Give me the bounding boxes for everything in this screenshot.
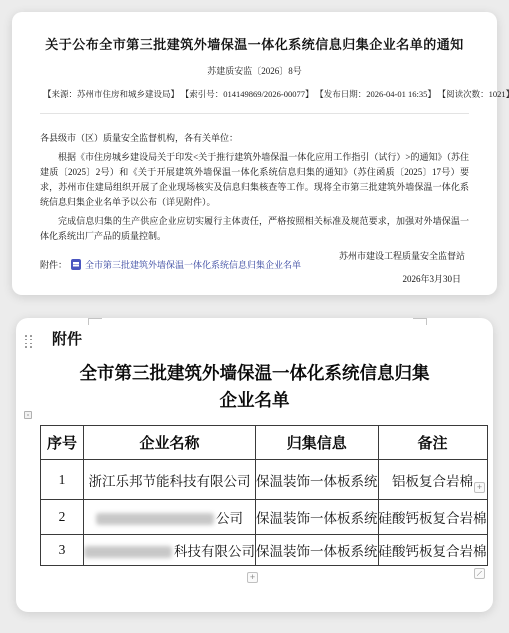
attachment-title-line1: 全市第三批建筑外墙保温一体化系统信息归集: [80, 363, 430, 383]
cell-no: 3: [41, 535, 84, 566]
cell-note: 硅酸钙板复合岩棉: [378, 500, 487, 535]
cell-info: 保温装饰一体板系统: [256, 535, 379, 566]
notice-title: 关于公布全市第三批建筑外墙保温一体化系统信息归集企业名单的通知: [40, 34, 469, 53]
cell-no: 2: [41, 500, 84, 535]
add-column-button[interactable]: +: [474, 482, 485, 493]
attachment-link[interactable]: 全市第三批建筑外墙保温一体化系统信息归集企业名单: [85, 258, 301, 271]
table-row: 2 公司 保温装饰一体板系统 硅酸钙板复合岩棉: [41, 500, 488, 535]
page-margin-mark-right: [413, 318, 427, 325]
meta-index-number: 【索引号：014149869/2026-00077】: [185, 89, 313, 99]
attachment-title-line2: 企业名单: [220, 390, 290, 410]
meta-read-count: 【阅读次数：1021】: [442, 89, 509, 99]
notice-document: 关于公布全市第三批建筑外墙保温一体化系统信息归集企业名单的通知 苏建质安监〔20…: [12, 12, 497, 295]
add-row-button[interactable]: +: [247, 572, 258, 583]
company-suffix: 公司: [216, 511, 243, 526]
cell-company-redacted: 公司: [84, 500, 256, 535]
notice-doc-number: 苏建质安监〔2026〕8号: [40, 64, 469, 77]
redaction-blur: [96, 513, 214, 525]
header-note: 备注: [378, 426, 487, 460]
cell-company-redacted: 科技有限公司: [84, 535, 256, 566]
cell-note: 硅酸钙板复合岩棉: [378, 535, 487, 566]
table-row: 3 科技有限公司 保温装饰一体板系统 硅酸钙板复合岩棉: [41, 535, 488, 566]
header-info: 归集信息: [256, 426, 379, 460]
attachment-label: 附件：: [40, 258, 67, 271]
resize-handle-icon[interactable]: [474, 568, 485, 579]
drag-handle-icon[interactable]: [24, 334, 33, 349]
divider: [40, 113, 469, 114]
notice-paragraph: 完成信息归集的生产供应企业应切实履行主体责任，严格按照相关标准及规范要求，加强对…: [40, 214, 469, 244]
page-margin-mark-left: [88, 318, 102, 325]
notice-meta: 【来源：苏州市住房和城乡建设局】【索引号：014149869/2026-0007…: [40, 88, 469, 100]
notice-signer: 苏州市建设工程质量安全监督站: [339, 249, 465, 262]
company-roster-table: 序号 企业名称 归集信息 备注 1 浙江乐邦节能科技有限公司 保温装饰一体板系统…: [40, 425, 488, 566]
attachment-heading: 附件: [52, 328, 82, 349]
notice-date: 2026年3月30日: [402, 272, 461, 285]
attachment-title: 全市第三批建筑外墙保温一体化系统信息归集 企业名单: [16, 360, 493, 414]
company-suffix: 科技有限公司: [174, 544, 255, 559]
word-doc-icon: [71, 259, 81, 270]
header-company: 企业名称: [84, 426, 256, 460]
cell-info: 保温装饰一体板系统: [256, 460, 379, 500]
cell-note: 铝板复合岩棉: [378, 460, 487, 500]
table-header-row: 序号 企业名称 归集信息 备注: [41, 426, 488, 460]
cell-company: 浙江乐邦节能科技有限公司: [84, 460, 256, 500]
table-select-handle[interactable]: [24, 411, 32, 419]
notice-salutation: 各县级市（区）质量安全监督机构，各有关单位：: [40, 131, 469, 146]
attachment-editor-panel: 附件 全市第三批建筑外墙保温一体化系统信息归集 企业名单 序号 企业名称 归集信…: [16, 318, 493, 612]
table-row: 1 浙江乐邦节能科技有限公司 保温装饰一体板系统 铝板复合岩棉: [41, 460, 488, 500]
meta-source: 【来源：苏州市住房和城乡建设局】: [43, 89, 179, 99]
cell-no: 1: [41, 460, 84, 500]
notice-paragraph: 根据《市住房城乡建设局关于印发<关于推行建筑外墙保温一体化应用工作指引（试行）>…: [40, 150, 469, 210]
header-no: 序号: [41, 426, 84, 460]
redaction-blur: [84, 546, 172, 558]
meta-publish-date: 【发布日期：2026-04-01 16:35】: [319, 89, 435, 99]
cell-info: 保温装饰一体板系统: [256, 500, 379, 535]
